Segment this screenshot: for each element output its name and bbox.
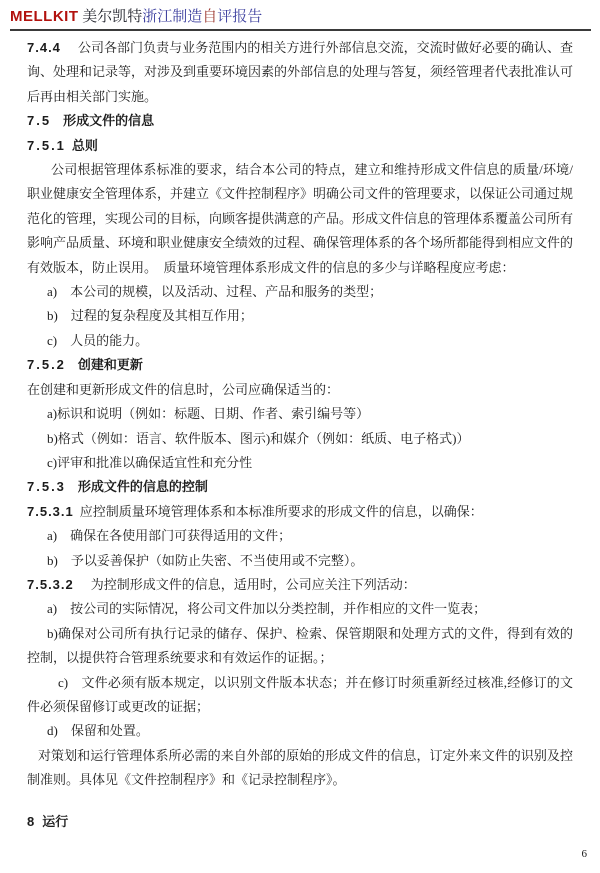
document-page: MELLKIT 美尔凯特浙江制造自评报告 7.4.4公司各部门负责与业务范围内的… [0, 0, 600, 873]
list-item-7-5-2-a: a)标识和说明（例如：标题、日期、作者、索引编号等） [27, 402, 573, 426]
list-item-7-5-1-a: a) 本公司的规模，以及活动、过程、产品和服务的类型； [27, 280, 573, 304]
paragraph-7-5-3-2: 7.5.3.2为控制形成文件的信息，适用时，公司应关注下列活动： [27, 573, 573, 597]
paragraph-7-5-2-intro: 在创建和更新形成文件的信息时，公司应确保适当的： [27, 378, 573, 402]
section-number-7-5-1: 7.5.1 [27, 138, 66, 153]
section-number-7-5-3-2: 7.5.3.2 [27, 577, 74, 592]
list-item-7-5-1-c: c) 人员的能力。 [27, 329, 573, 353]
heading-7-5-3-title: 形成文件的信息的控制 [78, 479, 208, 494]
section-number-7-4-4: 7.4.4 [27, 40, 61, 55]
header-title-seg4: 评报告 [217, 9, 262, 25]
section-number-7-5-3: 7.5.3 [27, 479, 66, 494]
heading-7-5-1-title: 总则 [72, 138, 98, 153]
section-number-8: 8 [27, 814, 36, 829]
heading-8: 8运行 [27, 810, 573, 834]
list-item-7-5-2-b: b)格式（例如：语言、软件版本、图示)和媒介（例如：纸质、电子格式)） [27, 427, 573, 451]
header-title-seg3: 自 [202, 9, 217, 25]
document-body: 7.4.4公司各部门负责与业务范围内的相关方进行外部信息交流，交流时做好必要的确… [27, 36, 573, 834]
list-item-7-5-3-2-d: d) 保留和处置。 [27, 719, 573, 743]
header-title-company: 美尔凯特 [79, 9, 143, 25]
header-title-region: 浙江制造 [142, 9, 202, 25]
page-number: 6 [582, 848, 588, 860]
section-number-7-5: 7.5 [27, 113, 51, 128]
heading-7-5: 7.5形成文件的信息 [27, 109, 573, 133]
paragraph-external-documents: 对策划和运行管理体系所必需的来自外部的原始的形成文件的信息，订定外来文件的识别及… [27, 744, 573, 793]
section-number-7-5-3-1: 7.5.3.1 [27, 504, 74, 519]
heading-7-5-title: 形成文件的信息 [63, 113, 154, 128]
heading-8-title: 运行 [42, 814, 68, 829]
paragraph-7-5-3-2-text: 为控制形成文件的信息，适用时，公司应关注下列活动： [91, 577, 416, 592]
paragraph-7-4-4: 7.4.4公司各部门负责与业务范围内的相关方进行外部信息交流，交流时做好必要的确… [27, 36, 573, 109]
heading-7-5-1: 7.5.1总则 [27, 134, 573, 158]
section-number-7-5-2: 7.5.2 [27, 357, 66, 372]
heading-7-5-2: 7.5.2创建和更新 [27, 353, 573, 377]
paragraph-7-5-1: 公司根据管理体系标准的要求，结合本公司的特点，建立和维持形成文件信息的质量/环境… [27, 158, 573, 280]
list-item-7-5-3-1-a: a) 确保在各使用部门可获得适用的文件； [27, 524, 573, 548]
list-item-7-5-3-2-c: c) 文件必须有版本规定，以识别文件版本状态；并在修订时须重新经过核准,经修订的… [27, 671, 573, 720]
paragraph-7-4-4-text: 公司各部门负责与业务范围内的相关方进行外部信息交流，交流时做好必要的确认、查询、… [27, 40, 573, 104]
brand-logo-text: MELLKIT [10, 8, 79, 25]
list-item-7-5-3-2-b: b)确保对公司所有执行记录的储存、保护、检索、保管期限和处理方式的文件，得到有效… [27, 622, 573, 671]
list-item-7-5-2-c: c)评审和批准以确保适宜性和充分性 [27, 451, 573, 475]
paragraph-7-5-3-1-text: 应控制质量环境管理体系和本标准所要求的形成文件的信息，以确保： [80, 504, 483, 519]
list-item-7-5-1-b: b) 过程的复杂程度及其相互作用； [27, 304, 573, 328]
heading-7-5-3: 7.5.3形成文件的信息的控制 [27, 475, 573, 499]
list-item-7-5-3-1-b: b) 予以妥善保护（如防止失密、不当使用或不完整）。 [27, 549, 573, 573]
list-item-7-5-3-2-a: a) 按公司的实际情况，将公司文件加以分类控制，并作相应的文件一览表； [27, 597, 573, 621]
heading-7-5-2-title: 创建和更新 [78, 357, 143, 372]
paragraph-7-5-3-1: 7.5.3.1应控制质量环境管理体系和本标准所要求的形成文件的信息，以确保： [27, 500, 573, 524]
page-header: MELLKIT 美尔凯特浙江制造自评报告 [10, 7, 591, 31]
